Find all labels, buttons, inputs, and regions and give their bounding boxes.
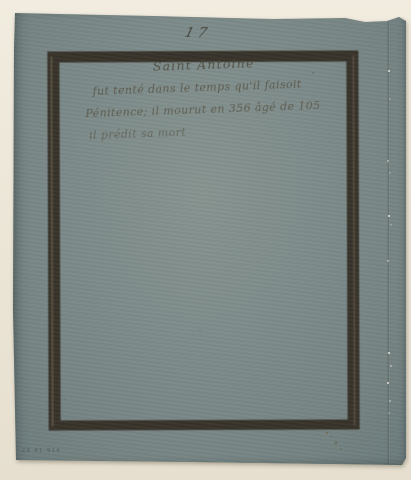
inventory-number: 29 41 914 [22,448,61,454]
handwritten-inscription: Saint Antoine fut tenté dans le temps qu… [84,53,327,151]
blue-paper-mount: 17 Saint Antoine fut tenté dans le temps… [13,9,406,465]
paper-shadow-wrap: 17 Saint Antoine fut tenté dans le temps… [0,0,411,480]
paper-fold-line [387,9,391,465]
page-number: 17 [183,25,213,42]
